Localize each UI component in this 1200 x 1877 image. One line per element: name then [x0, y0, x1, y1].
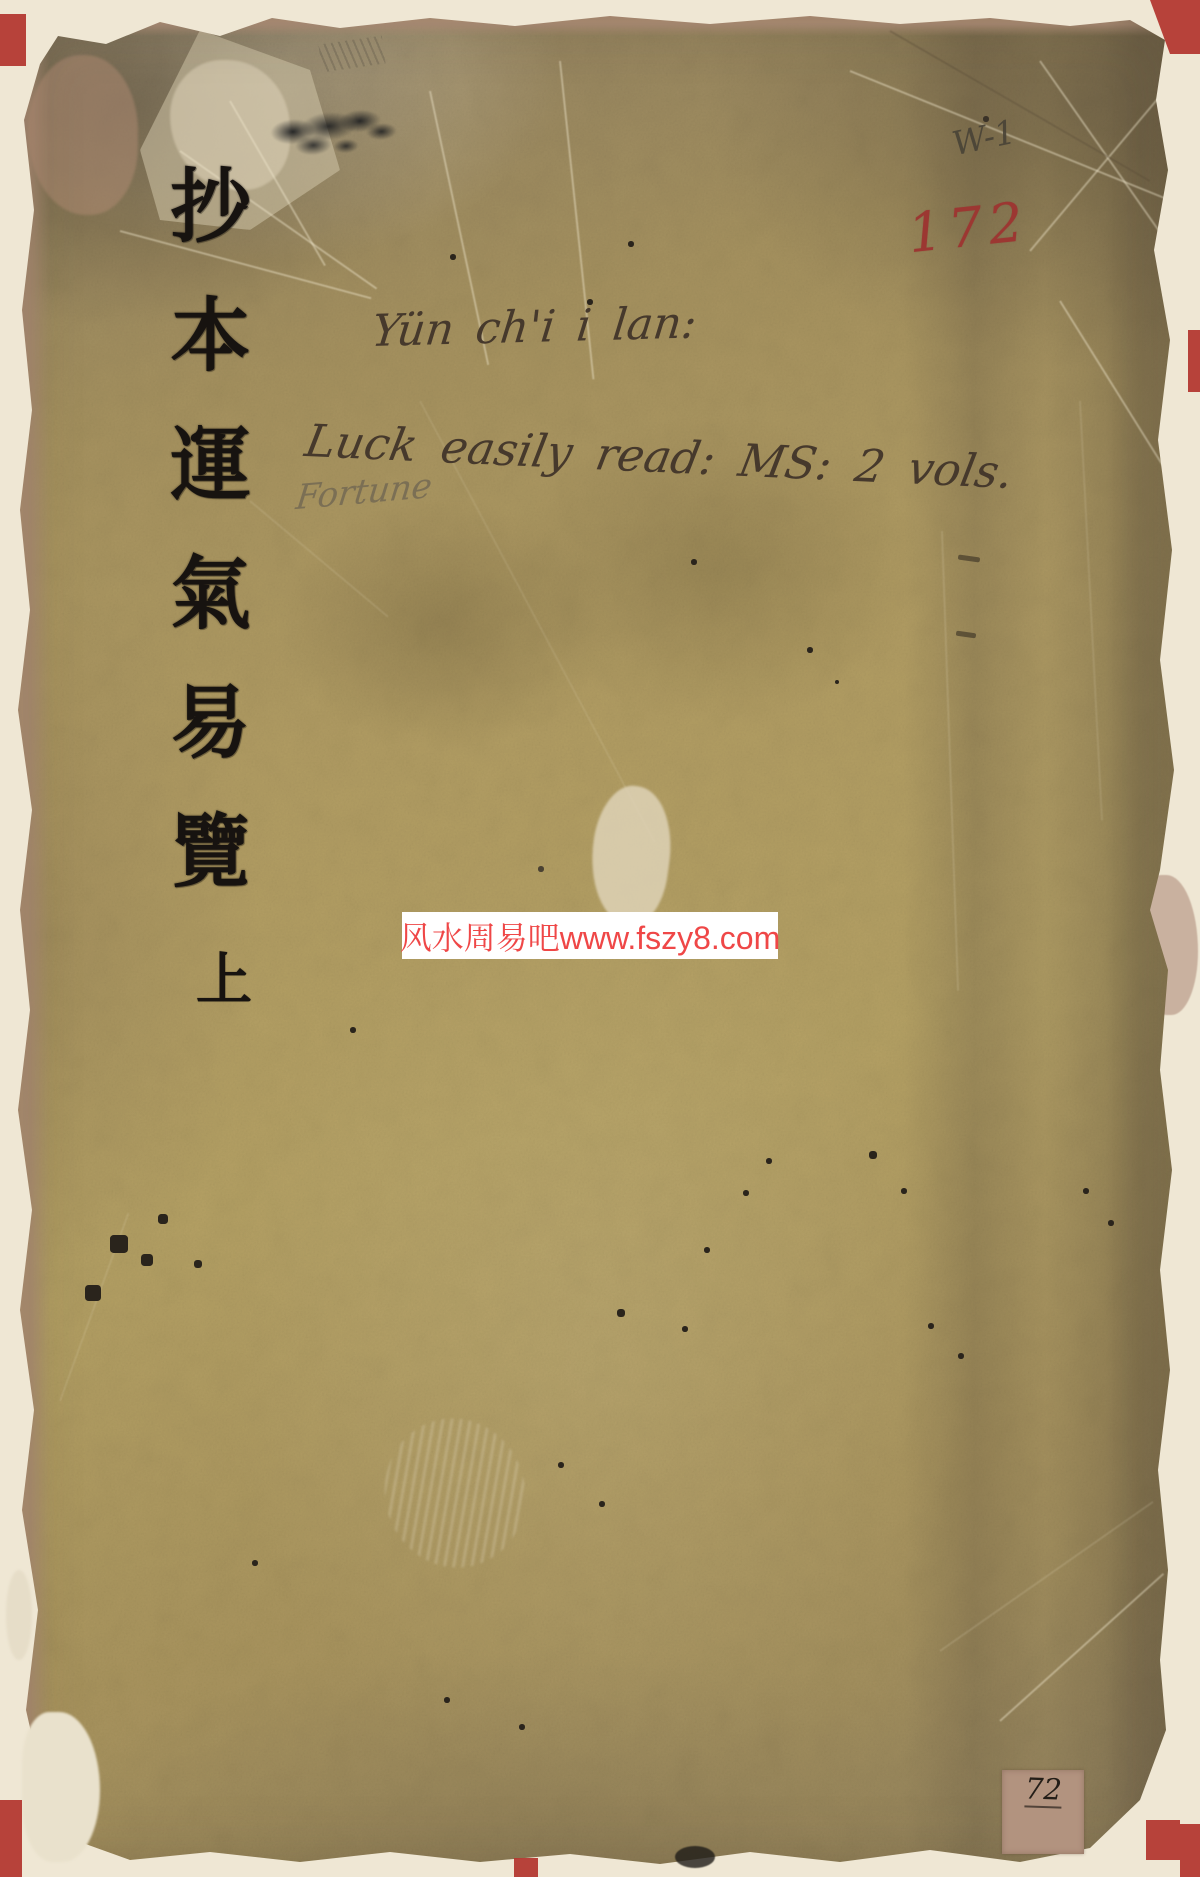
torn-underlayer	[28, 55, 138, 215]
crease-line	[249, 500, 388, 617]
crease-line	[1039, 60, 1184, 266]
frame-mark-top-left	[0, 14, 26, 66]
stitch-mark	[956, 631, 977, 639]
crease-line	[1059, 300, 1183, 496]
frame-mark-right	[1188, 330, 1200, 392]
frame-mark-bottom-right	[1146, 1820, 1180, 1860]
crease-line	[1079, 401, 1103, 821]
corner-label-number: 72	[1024, 1771, 1062, 1808]
volume-marker: 上	[196, 936, 252, 1016]
ink-smudge	[675, 1846, 715, 1868]
torn-notch	[6, 1570, 32, 1660]
accession-number: 172	[905, 190, 1032, 265]
crease-line	[939, 1501, 1153, 1652]
frame-mark-bottom	[514, 1858, 538, 1877]
ink-specks	[0, 0, 2, 2]
frame-mark-bottom-left	[0, 1800, 22, 1877]
chinese-title: 抄本運氣易覽	[147, 164, 262, 984]
crease-line	[59, 1213, 129, 1402]
ink-smudge	[265, 98, 399, 167]
crease-line	[999, 1573, 1164, 1722]
cover-top-edge	[10, 10, 1186, 36]
crease-line	[1029, 89, 1166, 251]
scan-background: { "manuscript": { "title_vertical": "抄本運…	[0, 0, 1200, 1877]
watermark-text: 风水周易吧www.fszy8.com	[400, 913, 781, 959]
corner-label: 72	[1002, 1770, 1084, 1854]
site-watermark: 风水周易吧www.fszy8.com	[402, 912, 778, 959]
stitch-mark	[958, 554, 980, 562]
frame-mark-bottom-right	[1180, 1824, 1200, 1877]
crease-line	[890, 30, 1151, 182]
torn-notch	[22, 1712, 100, 1862]
fold-stitch-line	[941, 531, 959, 991]
romanized-title: Yün ch'i i lan:	[369, 297, 699, 357]
